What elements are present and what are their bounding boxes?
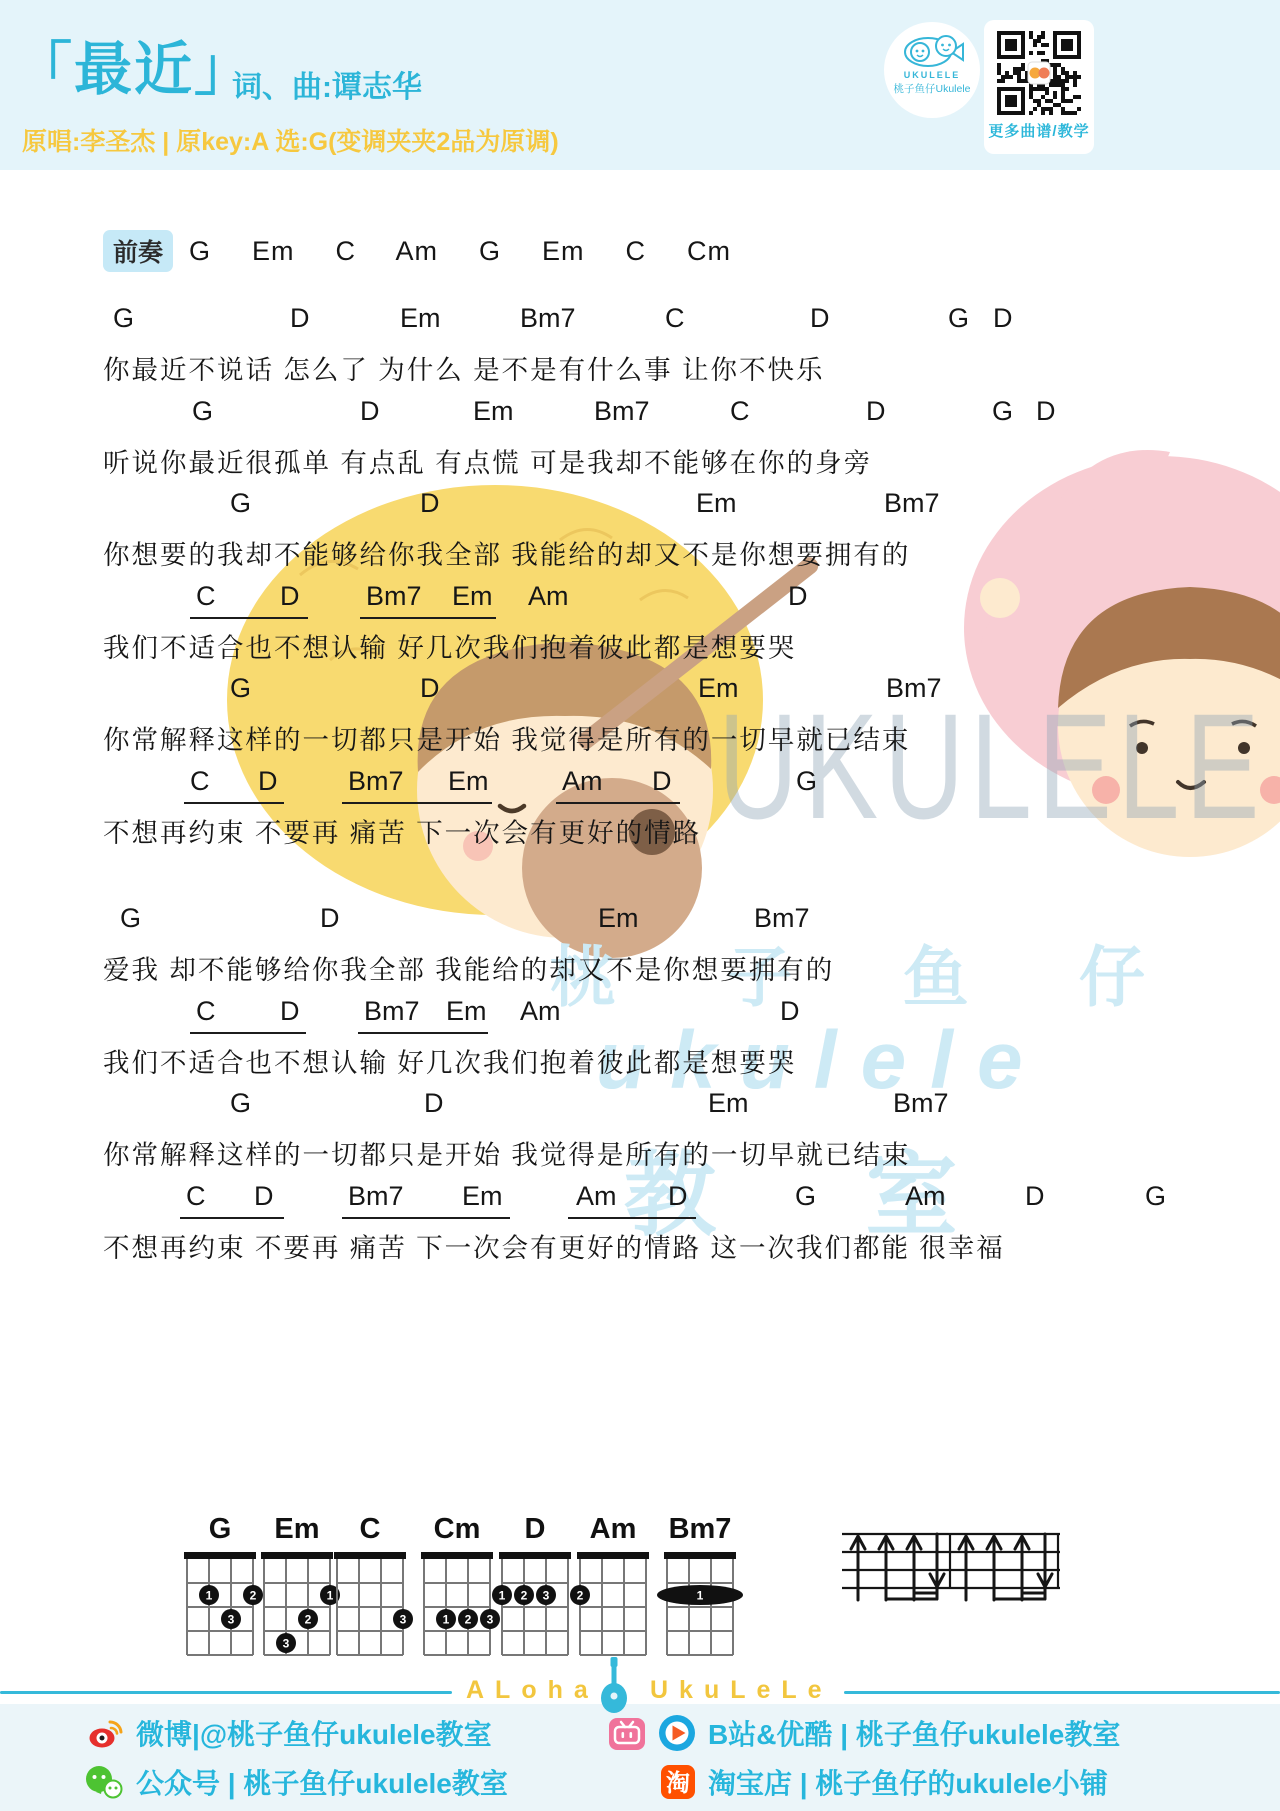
brand-logo-name: 桃子鱼仔Ukulele [884, 81, 980, 96]
ukulele-icon [596, 1655, 632, 1715]
qr-code: 更多曲谱/教学 [984, 20, 1094, 154]
chord: D [1025, 1181, 1045, 1212]
chord: G [230, 673, 251, 704]
chord: Am [562, 766, 603, 797]
chord: Am [905, 1181, 946, 1212]
qr-code-pattern [995, 29, 1083, 117]
chord-sheet-page: UKULELE 桃 子 鱼 仔 ukulele 教 室 「最近」 词、曲:谭志华… [0, 0, 1280, 1811]
song-credit: 词、曲:谭志华 [232, 62, 422, 106]
chord: Em [473, 396, 514, 427]
chord-diagram-label: Am [567, 1514, 659, 1544]
chord: Bm7 [754, 903, 810, 934]
chord: D [424, 1088, 444, 1119]
chord-row: CDBm7EmAmD [0, 996, 1280, 1038]
chord: D [420, 488, 440, 519]
lyric-line: 你最近不说话 怎么了 为什么 是不是有什么事 让你不快乐 [103, 348, 824, 387]
chord: G [120, 903, 141, 934]
chord-underline [184, 802, 284, 805]
weibo-icon [88, 1716, 124, 1750]
chord-diagram-Bm7: Bm71 [654, 1514, 746, 1664]
song-title: 「最近」 [14, 22, 254, 106]
lyric-line: 我们不适合也不想认输 好几次我们抱着彼此都是想要哭 [103, 626, 796, 665]
chord: Em [708, 1088, 749, 1119]
chord: Em [448, 766, 489, 797]
intro-label: 前奏 [103, 230, 173, 272]
chord: D [320, 903, 340, 934]
chord-diagram-grid: 3 [325, 1545, 415, 1659]
chord: Bm7 [364, 996, 420, 1027]
chord: Am [520, 996, 561, 1027]
chord-diagram-grid: 1 [655, 1545, 745, 1659]
svg-text:1: 1 [443, 1613, 450, 1627]
link-label: 微博|@桃子鱼仔ukulele教室 [136, 1713, 492, 1753]
lyric-line: 你常解释这样的一切都只是开始 我觉得是所有的一切早就已结束 [103, 718, 910, 757]
chord: Bm7 [893, 1088, 949, 1119]
chord-row: GDEmBm7 [0, 1088, 1280, 1130]
svg-text:2: 2 [465, 1613, 472, 1627]
chord: D [788, 581, 808, 612]
chord: G [230, 1088, 251, 1119]
svg-text:2: 2 [521, 1589, 528, 1603]
chord: C [190, 766, 210, 797]
link-wechat: 公众号 | 桃子鱼仔ukulele教室 [84, 1762, 508, 1802]
link-label: 公众号 | 桃子鱼仔ukulele教室 [136, 1762, 508, 1802]
chord-row: GDEmBm7CDGD [0, 303, 1280, 345]
chord-underline [358, 1032, 488, 1035]
svg-text:2: 2 [305, 1613, 312, 1627]
chord: D [866, 396, 886, 427]
chord-row: GDEmBm7 [0, 673, 1280, 715]
chord: C [665, 303, 685, 334]
svg-text:1: 1 [697, 1589, 704, 1603]
link-weibo: 微博|@桃子鱼仔ukulele教室 [88, 1713, 492, 1753]
chord: Em [446, 996, 487, 1027]
chord: D [668, 1181, 688, 1212]
wechat-icon [84, 1765, 124, 1799]
lyric-line: 不想再约束 不要再 痛苦 下一次会有更好的情路 这一次我们都能 很幸福 [103, 1226, 1005, 1265]
divider-line-left [0, 1691, 452, 1694]
chord-underline [556, 802, 680, 805]
song-meta: 原唱:李圣杰 | 原key:A 选:G(变调夹夹2品为原调) [22, 122, 559, 158]
brand-logo: UKULELE 桃子鱼仔Ukulele [884, 22, 980, 118]
lyric-line: 你想要的我却不能够给你我全部 我能给的却又不是你想要拥有的 [103, 533, 910, 572]
aloha-text: ALoha [466, 1676, 599, 1705]
strumming-pattern [842, 1528, 1067, 1610]
chord: C [196, 581, 216, 612]
chord: Bm7 [884, 488, 940, 519]
link-label: 淘宝店 | 桃子鱼仔的ukulele小铺 [708, 1762, 1108, 1802]
chord-diagrams: G123Em123C3Cm123D123Am2Bm71 [0, 1514, 1280, 1644]
chord: G [796, 766, 817, 797]
chord: Bm7 [366, 581, 422, 612]
svg-text:淘: 淘 [666, 1769, 690, 1797]
chord: Em [598, 903, 639, 934]
chord: D [810, 303, 830, 334]
chord: D [993, 303, 1013, 334]
chord-underline [180, 1217, 284, 1220]
intro-chords: G Em C Am G Em C Cm [189, 236, 731, 267]
svg-text:1: 1 [499, 1589, 506, 1603]
chord: Am [576, 1181, 617, 1212]
chord-underline [568, 1217, 696, 1220]
chord-underline [360, 617, 496, 620]
ukulele-text: UkuLeLe [650, 1676, 833, 1705]
chord: G [992, 396, 1013, 427]
chord: C [186, 1181, 206, 1212]
chord: Bm7 [348, 1181, 404, 1212]
chord-underline [342, 1217, 510, 1220]
chord: Bm7 [886, 673, 942, 704]
chord: Em [462, 1181, 503, 1212]
chord: D [780, 996, 800, 1027]
svg-text:3: 3 [228, 1613, 235, 1627]
chord-diagram-label: Bm7 [654, 1514, 746, 1544]
chord-row: GDEmBm7 [0, 488, 1280, 530]
divider-line-right [844, 1691, 1280, 1694]
chord-row: CDBm7EmAmDGAmDG [0, 1181, 1280, 1223]
chord-row: GDEmBm7 [0, 903, 1280, 945]
chord: D [652, 766, 672, 797]
chord: Bm7 [348, 766, 404, 797]
chord: Em [698, 673, 739, 704]
brand-logo-fish-icon [890, 28, 974, 74]
bilibili-icon [608, 1715, 646, 1751]
taobao-icon: 淘 [660, 1764, 696, 1800]
chord: D [280, 996, 300, 1027]
svg-text:3: 3 [400, 1613, 407, 1627]
lyric-line: 不想再约束 不要再 痛苦 下一次会有更好的情路 [103, 811, 701, 850]
chord: D [254, 1181, 274, 1212]
chord: D [420, 673, 440, 704]
lyric-line: 爱我 却不能够给你我全部 我能给的却又不是你想要拥有的 [103, 948, 834, 987]
chord: Bm7 [520, 303, 576, 334]
svg-text:2: 2 [577, 1589, 584, 1603]
link-label: B站&优酷 | 桃子鱼仔ukulele教室 [708, 1713, 1120, 1753]
chord: G [1145, 1181, 1166, 1212]
chord: D [290, 303, 310, 334]
chord: G [948, 303, 969, 334]
link-taobao: 淘 淘宝店 | 桃子鱼仔的ukulele小铺 [660, 1762, 1108, 1802]
chord-diagram-grid: 2 [568, 1545, 658, 1659]
chord-row: GDEmBm7CDGD [0, 396, 1280, 438]
chord-diagram-Am: Am2 [567, 1514, 659, 1664]
qr-caption: 更多曲谱/教学 [984, 120, 1094, 141]
chord-row: CDBm7EmAmDG [0, 766, 1280, 808]
chord: D [1036, 396, 1056, 427]
youku-icon [658, 1714, 696, 1752]
link-bilibili-youku: B站&优酷 | 桃子鱼仔ukulele教室 [608, 1713, 1120, 1753]
chord-diagram-C: C3 [324, 1514, 416, 1664]
chord: D [360, 396, 380, 427]
lyric-line: 你常解释这样的一切都只是开始 我觉得是所有的一切早就已结束 [103, 1133, 910, 1172]
chord: G [113, 303, 134, 334]
chord: C [730, 396, 750, 427]
chord-diagram-label: C [324, 1514, 416, 1544]
chord: G [230, 488, 251, 519]
lyric-line: 听说你最近很孤单 有点乱 有点慌 可是我却不能够在你的身旁 [103, 441, 872, 480]
chord: C [196, 996, 216, 1027]
chord: G [795, 1181, 816, 1212]
chord: Em [696, 488, 737, 519]
lyric-line: 我们不适合也不想认输 好几次我们抱着彼此都是想要哭 [103, 1041, 796, 1080]
chord-underline [190, 617, 308, 620]
svg-text:1: 1 [206, 1589, 213, 1603]
svg-text:3: 3 [283, 1637, 290, 1651]
intro-line: 前奏 G Em C Am G Em C Cm [103, 230, 731, 272]
chord: D [258, 766, 278, 797]
chord-row: CDBm7EmAmD [0, 581, 1280, 623]
chord-underline [342, 802, 492, 805]
chord: G [192, 396, 213, 427]
chord-underline [190, 1032, 306, 1035]
chord: Bm7 [594, 396, 650, 427]
chord: Em [400, 303, 441, 334]
brand-logo-text: UKULELE [884, 70, 980, 80]
chord: D [280, 581, 300, 612]
chord: Em [452, 581, 493, 612]
svg-text:3: 3 [543, 1589, 550, 1603]
chord: Am [528, 581, 569, 612]
